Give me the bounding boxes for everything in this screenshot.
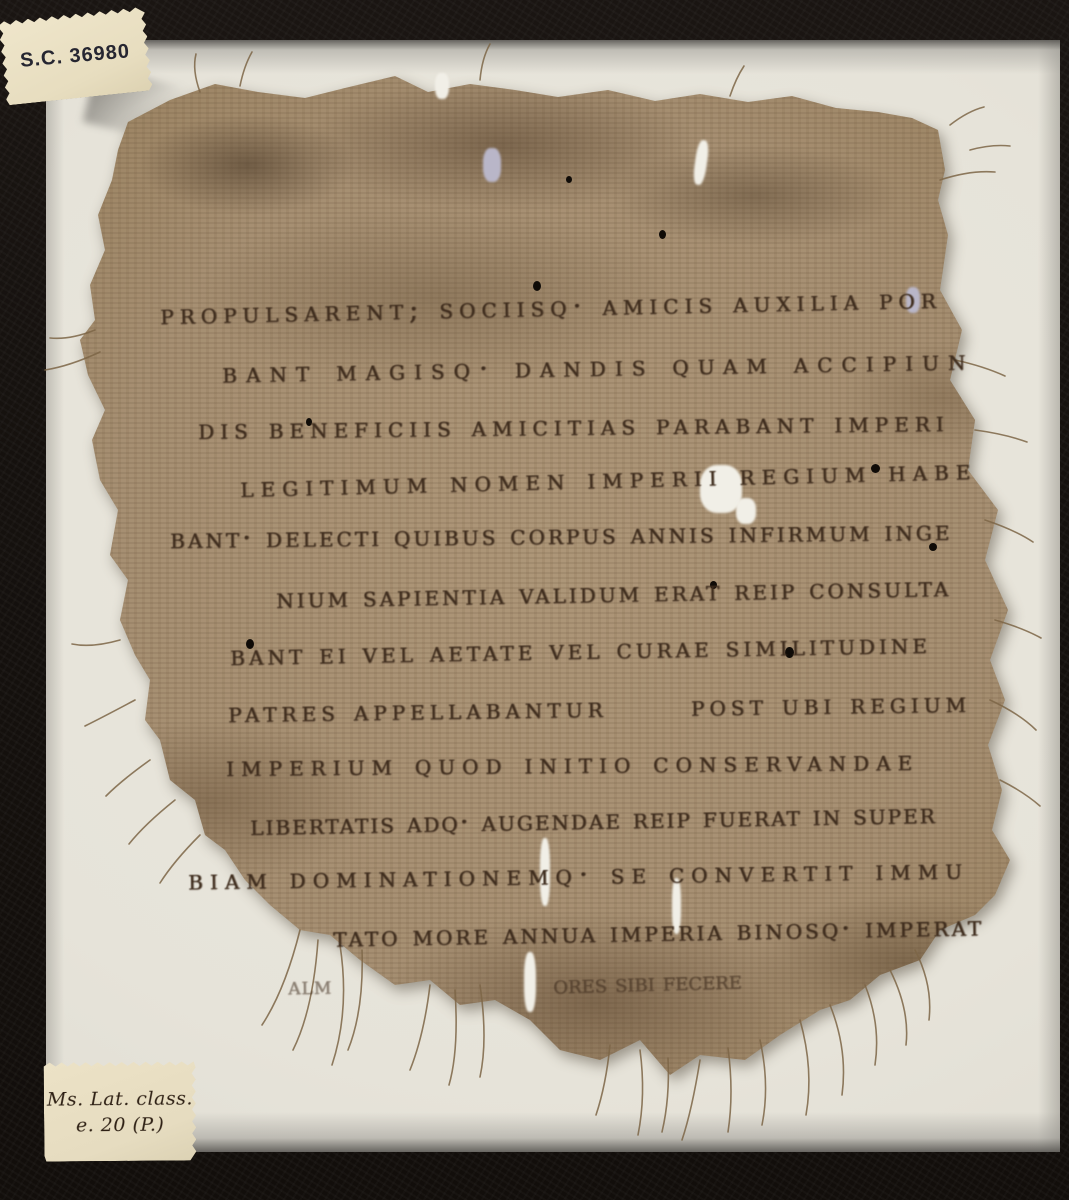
manuscript-line-13: alm xyxy=(288,972,332,1001)
catalog-label-text: S.C. 36980 xyxy=(20,40,132,73)
manuscript-line-3: dis beneficiis amicitias parabant imperi xyxy=(198,405,950,446)
manuscript-line-10: libertatis adq· augendae reip fuerat in … xyxy=(250,797,937,842)
manuscript-line-9: imperium quod initio conservandae xyxy=(226,744,919,783)
manuscript-line-12: tato more annua imperia binosq· imperat xyxy=(333,909,984,953)
manuscript-line-2: bant magisq· dandis quam accipiun xyxy=(222,343,975,389)
shelfmark-line1: Ms. Lat. class. xyxy=(47,1087,193,1110)
manuscript-line-4: legitimum nomen imperii regium habe xyxy=(240,453,978,504)
manuscript-text: propulsarent; sociisq· amicis auxilia po… xyxy=(0,0,1069,1200)
photo-of-papyrus: propulsarent; sociisq· amicis auxilia po… xyxy=(0,0,1069,1200)
manuscript-line-5: bant· delecti quibus corpus annis infirm… xyxy=(170,514,953,555)
shelfmark-line2: e. 20 (P.) xyxy=(76,1113,165,1136)
shelfmark-label: Ms. Lat. class. e. 20 (P.) xyxy=(44,1061,197,1161)
manuscript-line-14: ores sibi fecere xyxy=(553,966,742,1000)
manuscript-line-11: biam dominationemq· se convertit immu xyxy=(188,853,969,897)
manuscript-line-6: nium sapientia validum erat reip consult… xyxy=(276,570,952,615)
manuscript-line-7: bant ei vel aetate vel curae similitudin… xyxy=(230,627,931,672)
manuscript-line-1: propulsarent; sociisq· amicis auxilia po… xyxy=(160,282,942,331)
manuscript-line-8: patres appellabantur post ubi regium xyxy=(228,686,971,729)
